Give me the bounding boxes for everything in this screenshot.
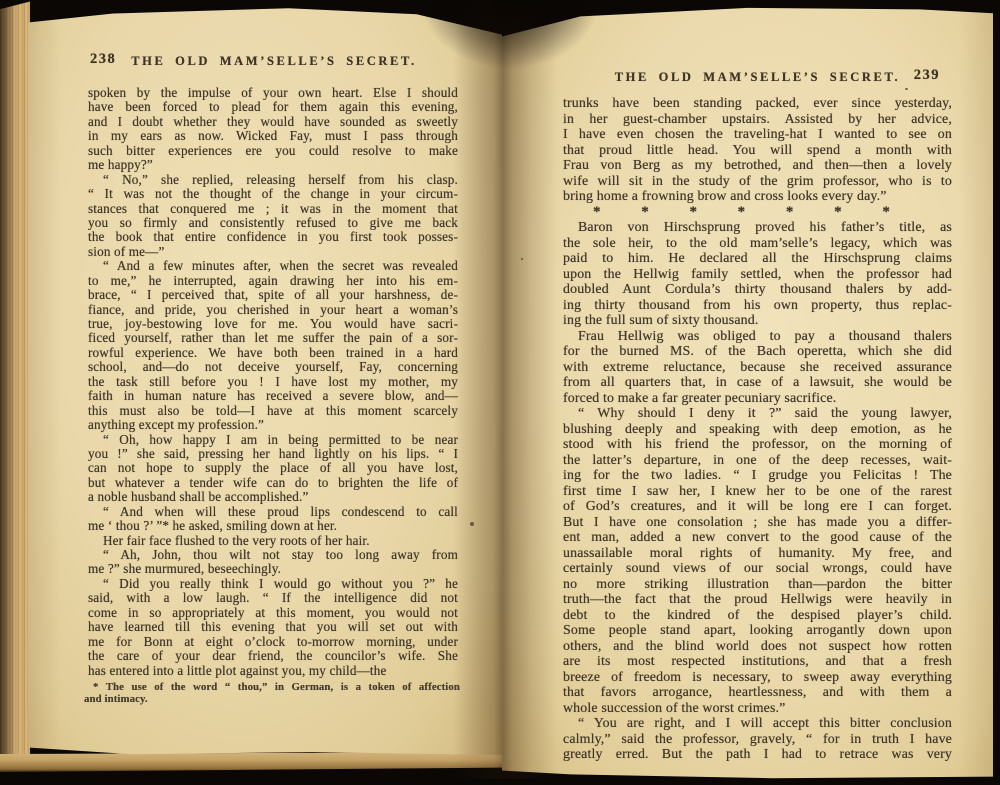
text-line: breeze of freedom is necessary, to sweep… bbox=[563, 670, 952, 686]
text-line: first time I saw her, I knew her to be o… bbox=[563, 484, 952, 500]
footnote-line: and intimacy. bbox=[84, 694, 460, 706]
text-line: wife will sit in the study of the grim p… bbox=[563, 174, 952, 190]
text-line: Her fair face flushed to the very roots … bbox=[88, 534, 458, 548]
text-line: ing thirty thousand from his own propert… bbox=[563, 298, 952, 314]
text-line: and I doubt whether they would have soun… bbox=[88, 115, 458, 129]
text-line: but whatever a tender wife can do to bri… bbox=[88, 476, 458, 490]
text-line: of God’s creatures, and it will be long … bbox=[563, 499, 952, 515]
text-line: Frau Hellwig was obliged to pay a thousa… bbox=[563, 329, 952, 345]
text-line: doubled Aunt Cordula’s thirty thousand t… bbox=[563, 282, 952, 298]
text-line: to me,” he interrupted, again drawing he… bbox=[88, 274, 458, 288]
text-line: that favors arrogance, heartlessness, an… bbox=[563, 685, 952, 701]
text-line: you so firmly and consistently refused t… bbox=[88, 216, 458, 230]
text-line: me ?” she murmured, beseechingly. bbox=[88, 562, 458, 576]
text-line: can not hope to supply the place of all … bbox=[88, 461, 458, 475]
text-line: “ It was not the thought of the change i… bbox=[88, 187, 458, 201]
text-line: ent man, added a new convert to the good… bbox=[563, 530, 952, 546]
text-line: sion of me—” bbox=[88, 245, 458, 259]
text-line: fiance, and pride, you cherished in your… bbox=[88, 303, 458, 317]
text-line: has entered into a little plot against y… bbox=[88, 664, 458, 678]
text-line: “ No,” she replied, releasing herself fr… bbox=[88, 173, 458, 187]
text-line: this must also be told—I have at this mo… bbox=[88, 404, 458, 418]
text-line: whole succession of the worst crimes.” bbox=[563, 701, 952, 717]
text-line: debt to the kindred of the despised play… bbox=[563, 608, 952, 624]
left-page-text: spoken by the impulse of your own heart.… bbox=[88, 86, 458, 678]
text-line: that proud little head. You will spend a… bbox=[563, 143, 952, 159]
left-page: 238 THE OLD MAM’SELLE’S SECRET. spoken b… bbox=[28, 6, 502, 758]
text-line: “ Ah, John, thou wilt not stay too long … bbox=[88, 548, 458, 562]
right-page: THE OLD MAM’SELLE’S SECRET. 239 trunks h… bbox=[502, 4, 993, 779]
text-line: the sole heir, to the old mam’selle’s le… bbox=[563, 236, 952, 252]
text-line: said, with a low laugh. “ If the intelli… bbox=[88, 591, 458, 605]
text-line: I have even chosen the traveling-hat I w… bbox=[563, 127, 952, 143]
text-line: have been forced to plead for them again… bbox=[88, 100, 458, 114]
page-edges-bottom bbox=[0, 752, 502, 772]
text-line: But I have one consolation ; she has mad… bbox=[563, 515, 952, 531]
text-line: calmly,” said the professor, gravely, “ … bbox=[563, 732, 952, 748]
text-line: “ Oh, how happy I am in being permitted … bbox=[88, 433, 458, 447]
text-line: have learned till this evening that you … bbox=[88, 620, 458, 634]
page-number: 239 bbox=[914, 67, 940, 84]
separator-asterisks: ******* bbox=[563, 205, 952, 221]
text-line: spoken by the impulse of your own heart.… bbox=[88, 86, 458, 100]
page-edges-left bbox=[0, 0, 30, 770]
text-line: you !” she said, pressing her hand light… bbox=[88, 447, 458, 461]
text-line: true, joy-bestowing love for me. You wou… bbox=[88, 317, 458, 331]
text-line: anything except my profession.” bbox=[88, 418, 458, 432]
text-line: ficed yourself, rather than let me suffe… bbox=[88, 331, 458, 345]
text-line: are its most respected institutions, and… bbox=[563, 654, 952, 670]
text-line: brace, “ I perceived that, spite of all … bbox=[88, 288, 458, 302]
text-line: school, and—do not deceive yourself, Fay… bbox=[88, 360, 458, 374]
text-line: “ Why should I deny it ?” said the young… bbox=[563, 406, 952, 422]
text-line: the care of your dear friend, the counci… bbox=[88, 649, 458, 663]
text-line: blushing deeply and speaking with deep e… bbox=[563, 422, 952, 438]
text-line: such bitter experiences ere you could re… bbox=[88, 144, 458, 158]
text-line: paid to him. He declared all the Hirschs… bbox=[563, 251, 952, 267]
text-line: rowful experience. We have both been tra… bbox=[88, 346, 458, 360]
text-line: greatly erred. But the path I had to ret… bbox=[563, 747, 952, 763]
text-line: “ And a few minutes after, when the secr… bbox=[88, 259, 458, 273]
text-line: truth—the fact that the proud Hellwigs w… bbox=[563, 592, 952, 608]
text-line: “ And when will these proud lips condesc… bbox=[88, 505, 458, 519]
text-line: me for Bonn at eight o’clock to-morrow m… bbox=[88, 635, 458, 649]
text-line: in my ears as now. Wicked Fay, must I pa… bbox=[88, 129, 458, 143]
right-page-header: THE OLD MAM’SELLE’S SECRET. 239 bbox=[563, 70, 952, 90]
text-line: ing the full sum of sixty thousand. bbox=[563, 313, 952, 329]
right-page-text: trunks have been standing packed, ever s… bbox=[563, 96, 952, 763]
text-line: Baron von Hirschsprung proved his father… bbox=[563, 220, 952, 236]
page-number: 238 bbox=[90, 51, 116, 68]
text-line: faith in human nature has received a sev… bbox=[88, 389, 458, 403]
text-line: “ Did you really think I would go withou… bbox=[88, 577, 458, 591]
text-line: from all quarters that, in case of a law… bbox=[563, 375, 952, 391]
running-title: THE OLD MAM’SELLE’S SECRET. bbox=[563, 70, 952, 85]
book-scan: 238 THE OLD MAM’SELLE’S SECRET. spoken b… bbox=[0, 0, 1000, 785]
text-line: stood with his friend the professor, on … bbox=[563, 437, 952, 453]
text-line: me ‘ thou ?’ ”* he asked, smiling down a… bbox=[88, 519, 458, 533]
running-title: THE OLD MAM’SELLE’S SECRET. bbox=[88, 54, 460, 69]
text-line: ing for the two ladies. “ I grudge you F… bbox=[563, 468, 952, 484]
text-line: bring home a frowning brow and cross loo… bbox=[563, 189, 952, 205]
text-line: for the burned MS. of the Bach operetta,… bbox=[563, 344, 952, 360]
text-line: Frau von Berg as my betrothed, and then—… bbox=[563, 158, 952, 174]
text-line: forced to make a far greater pecuniary s… bbox=[563, 391, 952, 407]
text-line: trunks have been standing packed, ever s… bbox=[563, 96, 952, 112]
text-line: the book that entire confidence in you f… bbox=[88, 230, 458, 244]
text-line: the task still before you ! I have lost … bbox=[88, 375, 458, 389]
text-line: in her guest-chamber upstairs. Assisted … bbox=[563, 112, 952, 128]
text-line: the latter’s departure, in one of the de… bbox=[563, 453, 952, 469]
text-line: unassailable moral rights of humanity. M… bbox=[563, 546, 952, 562]
text-line: others, and the blind world does not sus… bbox=[563, 639, 952, 655]
left-page-header: 238 THE OLD MAM’SELLE’S SECRET. bbox=[88, 54, 460, 74]
text-line: “ You are right, and I will accept this … bbox=[563, 716, 952, 732]
text-line: upon the Hellwig family settled, when th… bbox=[563, 267, 952, 283]
text-line: stances that conquered me ; it was in th… bbox=[88, 202, 458, 216]
text-line: come in so appropriately at this moment,… bbox=[88, 606, 458, 620]
text-line: certainly sound views of our social wron… bbox=[563, 561, 952, 577]
text-line: me happy?” bbox=[88, 158, 458, 172]
text-line: no more striking illustration than—pardo… bbox=[563, 577, 952, 593]
footnote: * The use of the word “ thou,” in German… bbox=[84, 682, 460, 706]
text-line: a noble husband shall be accomplished.” bbox=[88, 490, 458, 504]
text-line: with extreme reluctance, because she rec… bbox=[563, 360, 952, 376]
text-line: Some people stand apart, looking arrogan… bbox=[563, 623, 952, 639]
